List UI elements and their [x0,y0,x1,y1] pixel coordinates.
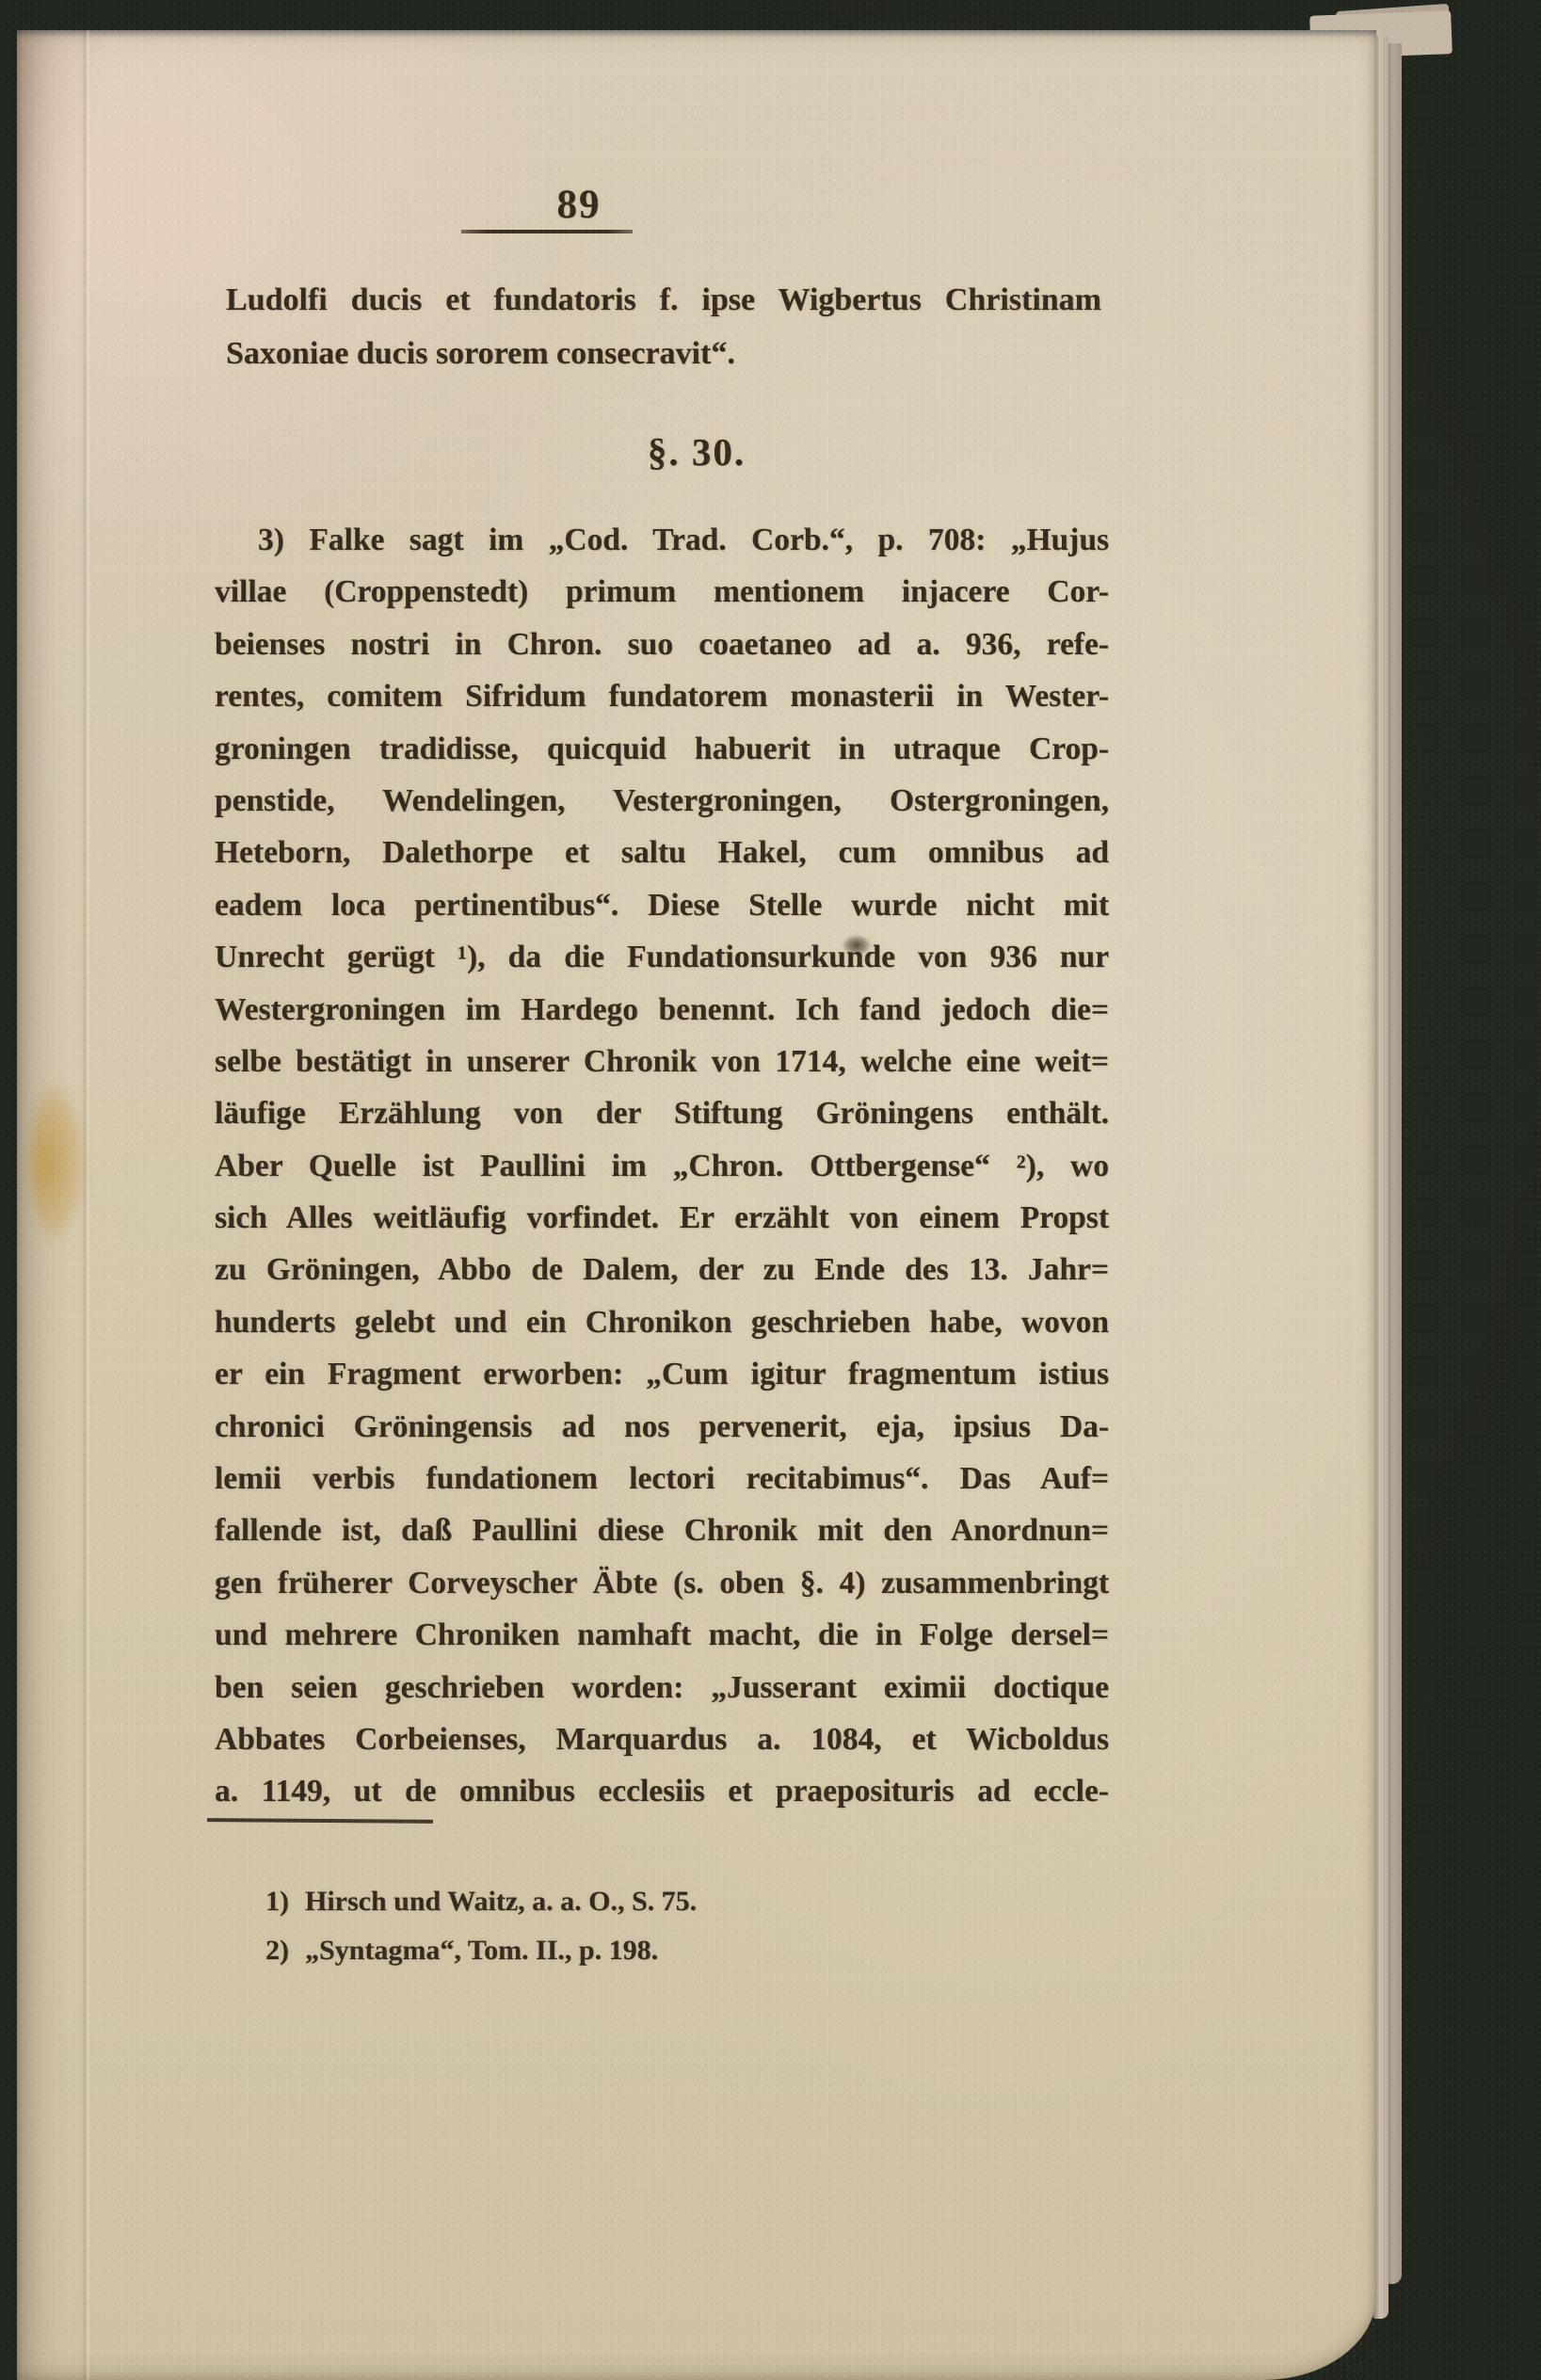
footnote-marker: 2) [265,1926,305,1975]
intro-line: Ludolfi ducis et fundatoris f. ipse Wigb… [226,273,1101,327]
paper-stain [30,1083,85,1243]
body-line: a. 1149, ut de omnibus ecclesiis et prae… [215,1765,1109,1817]
body-line: er ein Fragment erworben: „Cum igitur fr… [215,1348,1109,1400]
footnote-text: „Syntagma“, Tom. II., p. 198. [305,1935,658,1966]
scanner-background: 89 Ludolfi ducis et fundatoris f. ipse W… [0,0,1541,2380]
footnote-separator-rule [207,1818,433,1824]
body-line: Westergroningen im Hardego benennt. Ich … [215,984,1109,1036]
body-line: fallende ist, daß Paullini diese Chronik… [215,1504,1109,1556]
body-line: läufige Erzählung von der Stiftung Gröni… [215,1087,1109,1139]
body-line: penstide, Wendelingen, Vestergroningen, … [215,775,1109,827]
body-line: villae (Croppenstedt) primum mentionem i… [215,566,1109,618]
body-line: Aber Quelle ist Paullini im „Chron. Ottb… [215,1140,1109,1192]
body-line: ben seien geschrieben worden: „Jusserant… [215,1662,1109,1713]
page-header: 89 [461,184,633,233]
footnote-marker: 1) [265,1877,305,1926]
footnotes: 1)Hirsch und Waitz, a. a. O., S. 75.2)„S… [265,1877,1019,1975]
body-line: lemii verbis fundationem lectori recitab… [215,1453,1109,1504]
body-line: und mehrere Chroniken namhaft macht, die… [215,1609,1109,1661]
body-line: hunderts gelebt und ein Chronikon geschr… [215,1296,1109,1348]
body-line: Unrecht gerügt ¹), da die Fundationsurku… [215,931,1109,983]
footnote-text: Hirsch und Waitz, a. a. O., S. 75. [305,1886,697,1917]
page-fold-crease [81,30,90,2380]
page-number-rule [461,230,633,233]
footnote: 1)Hirsch und Waitz, a. a. O., S. 75. [265,1877,1019,1926]
body-line: Abbates Corbeienses, Marquardus a. 1084,… [215,1713,1109,1765]
intro-line: Saxoniae ducis sororem consecravit“. [226,327,1101,380]
body-line: chronici Gröningensis ad nos pervenerit,… [215,1401,1109,1453]
body-line: Heteborn, Dalethorpe et saltu Hakel, cum… [215,827,1109,878]
body-line: rentes, comitem Sifridum fundatorem mona… [215,670,1109,722]
latin-intro-paragraph: Ludolfi ducis et fundatoris f. ipse Wigb… [226,273,1101,380]
body-line: selbe bestätigt in unserer Chronik von 1… [215,1036,1109,1087]
footnote: 2)„Syntagma“, Tom. II., p. 198. [265,1926,1019,1975]
body-line: 3) Falke sagt im „Cod. Trad. Corb.“, p. … [215,514,1109,566]
book-page: 89 Ludolfi ducis et fundatoris f. ipse W… [17,30,1376,2380]
section-heading: §. 30. [250,429,1143,474]
body-line: groningen tradidisse, quicquid habuerit … [215,723,1109,775]
page-stack-edge-outer [1387,43,1402,2284]
body-line: eadem loca pertinentibus“. Diese Stelle … [215,879,1109,931]
body-line: zu Gröningen, Abbo de Dalem, der zu Ende… [215,1244,1109,1295]
page-number: 89 [493,184,665,227]
body-line: sich Alles weitläufig vorfindet. Er erzä… [215,1192,1109,1244]
main-paragraph: 3) Falke sagt im „Cod. Trad. Corb.“, p. … [215,514,1109,1818]
body-line: beienses nostri in Chron. suo coaetaneo … [215,619,1109,670]
body-line: gen früherer Corveyscher Äbte (s. oben §… [215,1557,1109,1609]
